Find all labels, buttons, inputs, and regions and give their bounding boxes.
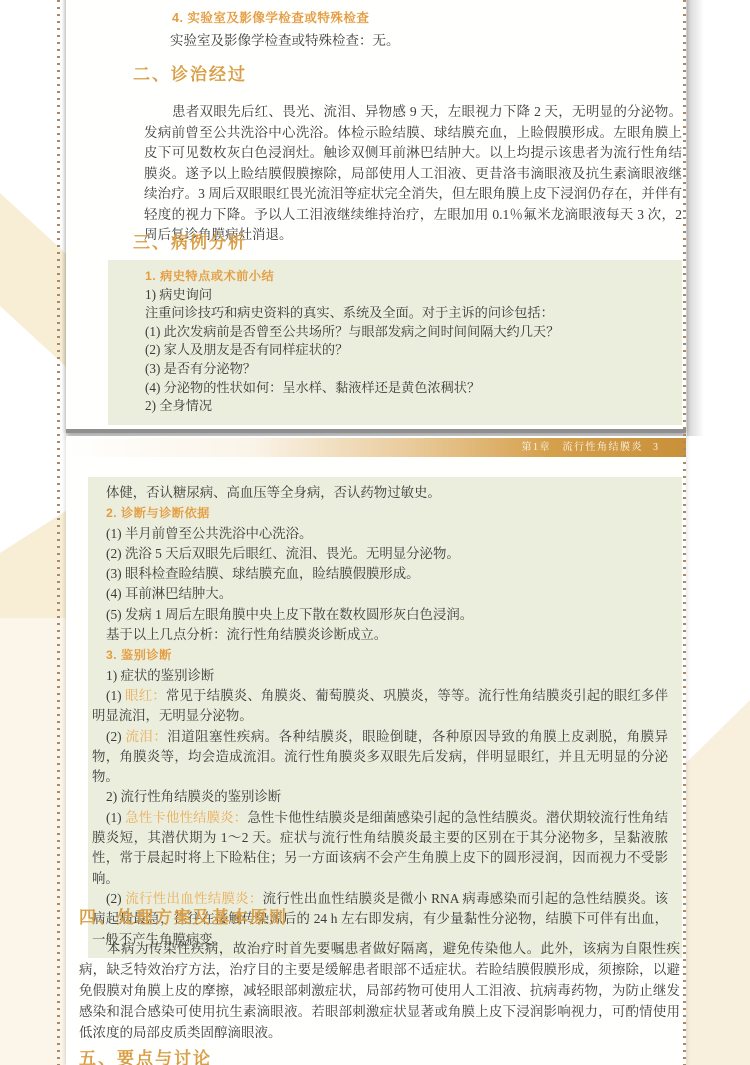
section-title-4: 四、处理方案及基本原则	[79, 903, 288, 928]
box-heading: 1. 病史特点或术前小结	[145, 267, 662, 286]
chapter-title: 第1章 流行性角结膜炎	[522, 442, 644, 453]
chapter-running-header: 第1章 流行性角结膜炎3	[66, 438, 686, 457]
diagnosis-analysis-box: 体健，否认糖尿病、高血压等全身病，否认药物过敏史。 2. 诊断与诊断依据 (1)…	[88, 477, 682, 958]
box-line: (1) 眼红：常见于结膜炎、角膜炎、葡萄膜炎、巩膜炎，等等。流行性角结膜炎引起的…	[92, 686, 668, 727]
box-line: 基于以上几点分析：流行性角结膜炎诊断成立。	[92, 625, 668, 645]
box-line: 注重问诊技巧和病史资料的真实、系统及全面。对于主诉的问诊包括：	[145, 304, 662, 323]
page-number: 3	[653, 442, 658, 453]
management-paragraph: 本病为传染性疾病，故治疗时首先要嘱患者做好隔离，避免传染他人。此外，该病为自限性…	[79, 938, 680, 1043]
box-line: (5) 发病 1 周后左眼角膜中央上皮下散在数枚圆形灰白色浸润。	[92, 605, 668, 625]
history-summary-box: 1. 病史特点或术前小结 1) 病史询问 注重问诊技巧和病史资料的真实、系统及全…	[108, 260, 682, 425]
highlighted-term: 流泪：	[126, 729, 168, 744]
item-text: 泪道阻塞性疾病。各种结膜炎，眼睑倒睫，各种原因导致的角膜上皮剥脱，角膜异物，角膜…	[92, 729, 668, 785]
section-title-3: 三、病例分析	[133, 228, 247, 253]
box-line: 2) 全身情况	[145, 397, 662, 416]
stitch-border-right	[683, 0, 686, 1065]
treatment-course-paragraph: 患者双眼先后红、畏光、流泪、异物感 9 天，左眼视力下降 2 天，无明显的分泌物…	[144, 102, 682, 246]
highlighted-term: 眼红：	[125, 688, 166, 703]
box-line: (3) 是否有分泌物？	[145, 360, 662, 379]
page-bottom: 第1章 流行性角结膜炎3 体健，否认糖尿病、高血压等全身病，否认药物过敏史。 2…	[66, 436, 686, 1065]
box-line: (2) 洗浴 5 天后双眼先后眼红、流泪、畏光。无明显分泌物。	[92, 544, 668, 564]
box-line: (4) 耳前淋巴结肿大。	[92, 584, 668, 604]
box-line: (3) 眼科检查睑结膜、球结膜充血，睑结膜假膜形成。	[92, 564, 668, 584]
box-line: 1) 症状的鉴别诊断	[92, 666, 668, 686]
page-edge-shadow	[687, 0, 704, 436]
box-line: (4) 分泌物的性状如何：呈水样、黏液样还是黄色浓稠状？	[145, 379, 662, 398]
box-line: 2) 流行性角结膜炎的鉴别诊断	[92, 787, 668, 807]
highlighted-term: 急性卡他性结膜炎：	[125, 810, 247, 825]
book-spread: 4. 实验室及影像学检查或特殊检查 实验室及影像学检查或特殊检查：无。 二、诊治…	[0, 0, 750, 1065]
page-top: 4. 实验室及影像学检查或特殊检查 实验室及影像学检查或特殊检查：无。 二、诊治…	[66, 0, 686, 433]
box-line: 1) 病史询问	[145, 286, 662, 305]
box-heading-differential: 3. 鉴别诊断	[92, 645, 668, 665]
item-number: (1)	[106, 810, 125, 825]
box-line: (2) 家人及朋友是否有同样症状的？	[145, 341, 662, 360]
item-text: 常见于结膜炎、角膜炎、葡萄膜炎、巩膜炎，等等。流行性角结膜炎引起的眼红多伴明显流…	[92, 688, 668, 723]
box-line: (1) 此次发病前是否曾至公共场所？与眼部发病之间时间间隔大约几天？	[145, 323, 662, 342]
box-line: (1) 急性卡他性结膜炎：急性卡他性结膜炎是细菌感染引起的急性结膜炎。潜伏期较流…	[92, 808, 668, 889]
box-heading-diagnosis: 2. 诊断与诊断依据	[92, 503, 668, 523]
box-line: 体健，否认糖尿病、高血压等全身病，否认药物过敏史。	[92, 483, 668, 503]
subsection-heading-4: 4. 实验室及影像学检查或特殊检查	[172, 8, 369, 26]
box-line: (1) 半月前曾至公共洗浴中心洗浴。	[92, 524, 668, 544]
item-number: (2)	[106, 729, 126, 744]
stitch-border-left	[57, 0, 60, 1065]
subsection-text-4: 实验室及影像学检查或特殊检查：无。	[170, 31, 710, 52]
section-title-5: 五、要点与讨论	[79, 1044, 212, 1065]
item-number: (1)	[106, 688, 125, 703]
box-line: (2) 流泪：泪道阻塞性疾病。各种结膜炎，眼睑倒睫，各种原因导致的角膜上皮剥脱，…	[92, 727, 668, 788]
section-title-2: 二、诊治经过	[133, 60, 247, 85]
